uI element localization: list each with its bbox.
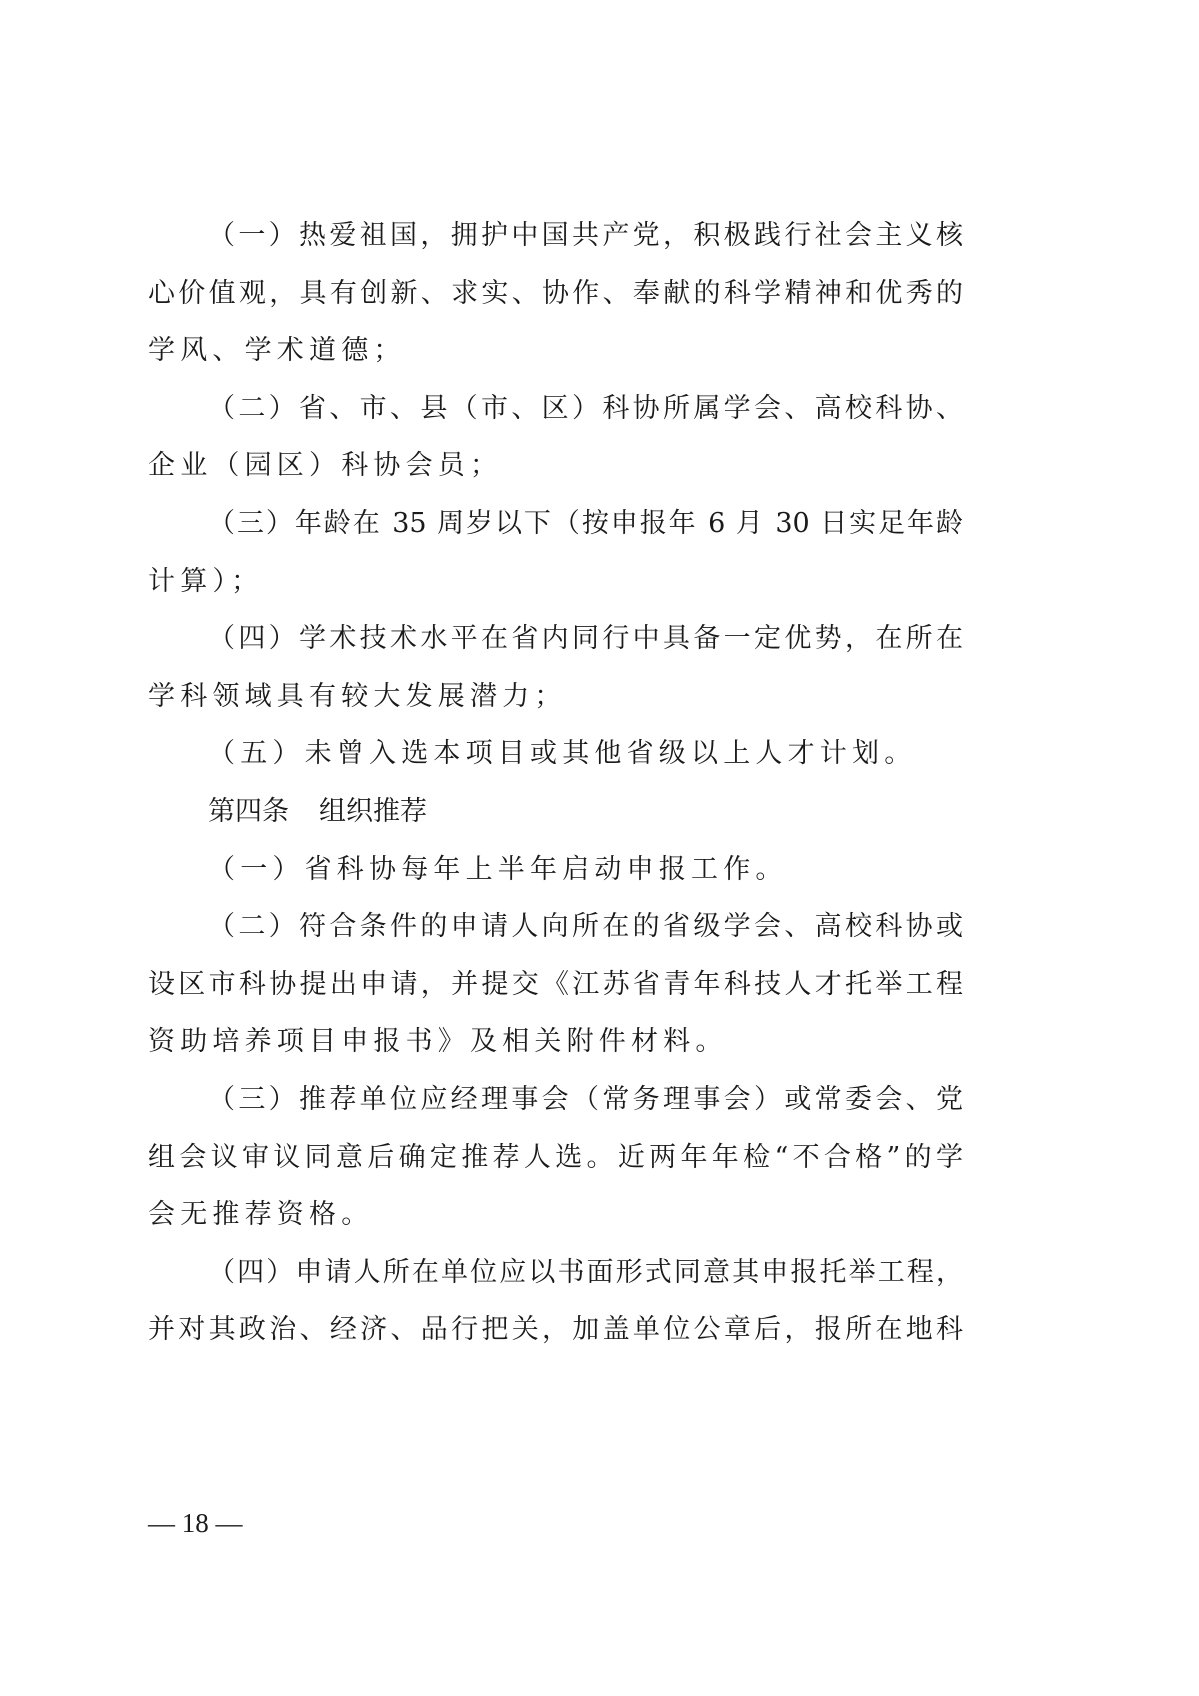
paragraph-line: 学科领域具有较大发展潜力； xyxy=(148,668,963,726)
paragraph-line: （二）符合条件的申请人向所在的省级学会、高校科协或 xyxy=(148,898,963,956)
paragraph-line: （三）推荐单位应经理事会（常务理事会）或常委会、党 xyxy=(148,1071,963,1129)
paragraph-line: 心价值观，具有创新、求实、协作、奉献的科学精神和优秀的 xyxy=(148,265,963,323)
document-page: （一）热爱祖国，拥护中国共产党，积极践行社会主义核 心价值观，具有创新、求实、协… xyxy=(148,207,963,1359)
paragraph-line: （四）学术技术水平在省内同行中具备一定优势，在所在 xyxy=(148,610,963,668)
paragraph-line: （三）年龄在 35 周岁以下（按申报年 6 月 30 日实足年龄 xyxy=(148,495,963,553)
paragraph-line: 计算）； xyxy=(148,553,963,611)
paragraph-line: 组会议审议同意后确定推荐人选。近两年年检“不合格”的学 xyxy=(148,1129,963,1187)
paragraph-line: 会无推荐资格。 xyxy=(148,1186,963,1244)
article-number: 第四条 xyxy=(208,796,289,827)
page-number: — 18 — xyxy=(148,1508,243,1539)
paragraph-line: （五）未曾入选本项目或其他省级以上人才计划。 xyxy=(148,725,963,783)
paragraph-line: 设区市科协提出申请，并提交《江苏省青年科技人才托举工程 xyxy=(148,956,963,1014)
paragraph-line: （一）省科协每年上半年启动申报工作。 xyxy=(148,841,963,899)
paragraph-line: 资助培养项目申报书》及相关附件材料。 xyxy=(148,1013,963,1071)
paragraph-line: 并对其政治、经济、品行把关，加盖单位公章后，报所在地科 xyxy=(148,1301,963,1359)
paragraph-line: 企业（园区）科协会员； xyxy=(148,437,963,495)
paragraph-line: （一）热爱祖国，拥护中国共产党，积极践行社会主义核 xyxy=(148,207,963,265)
article-heading: 第四条组织推荐 xyxy=(148,783,963,841)
article-title: 组织推荐 xyxy=(319,796,427,827)
paragraph-line: （四）申请人所在单位应以书面形式同意其申报托举工程， xyxy=(148,1244,963,1302)
paragraph-line: （二）省、市、县（市、区）科协所属学会、高校科协、 xyxy=(148,380,963,438)
paragraph-line: 学风、学术道德； xyxy=(148,322,963,380)
